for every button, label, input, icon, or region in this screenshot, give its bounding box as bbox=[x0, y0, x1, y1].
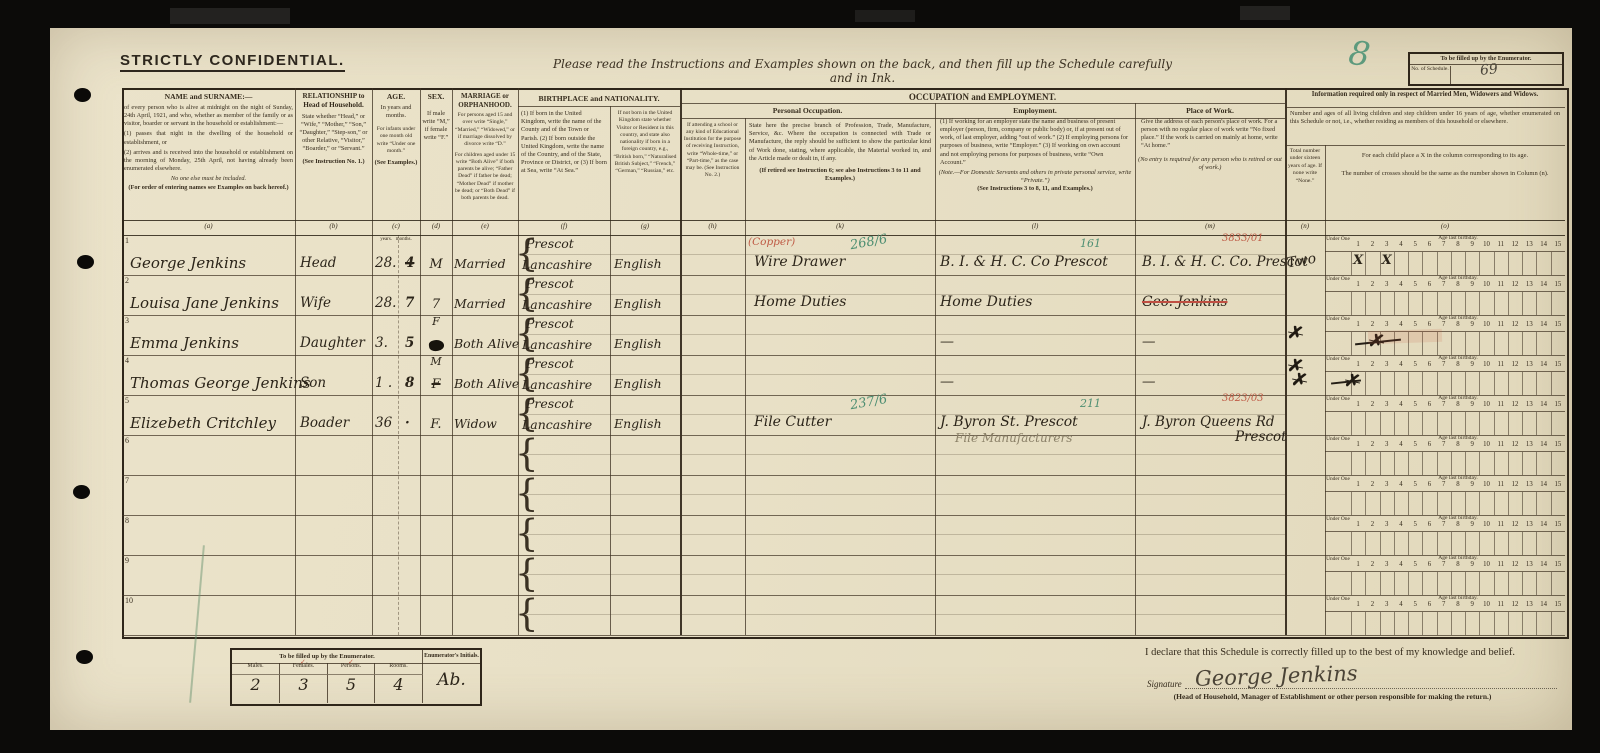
age-col-number: 13 bbox=[1522, 521, 1536, 528]
age-mark-cell bbox=[1351, 612, 1365, 635]
crossed-out-scribble: ✗ bbox=[1286, 322, 1305, 346]
age-col-number: 1 bbox=[1351, 401, 1365, 408]
age-mark-cell bbox=[1437, 612, 1451, 635]
age-col-number: 5 bbox=[1408, 521, 1422, 528]
age-mark-cell bbox=[1508, 372, 1522, 395]
row-number: 6 bbox=[125, 436, 129, 445]
col-letter-e: (e) bbox=[454, 222, 516, 230]
header-personal-occupation-body-text: State here the precise branch of Profess… bbox=[749, 122, 931, 163]
age-mark-cell bbox=[1380, 452, 1394, 475]
age-col-number: 12 bbox=[1508, 601, 1522, 608]
col-letter-n: (n) bbox=[1287, 222, 1323, 230]
relationship-entry: Daughter bbox=[300, 335, 365, 351]
age-col-number: 3 bbox=[1380, 321, 1394, 328]
age-mark-cell bbox=[1365, 372, 1379, 395]
age-col-number: 14 bbox=[1536, 601, 1550, 608]
age-grid-cell: Under One Age last birthday. 12345678910… bbox=[1325, 595, 1565, 635]
age-mark-cell bbox=[1508, 612, 1522, 635]
col-letter-c: (c) bbox=[374, 222, 418, 230]
crossed-out-scribble: ✗ bbox=[1290, 369, 1309, 393]
place-of-work-entry: B. I. & H. C. Co. Prescot bbox=[1142, 254, 1308, 270]
age-mark-cell bbox=[1465, 612, 1479, 635]
place-of-work-line2: Prescot bbox=[1235, 429, 1287, 445]
header-personal-occupation-title: Personal Occupation. bbox=[682, 106, 933, 118]
age-mark-cell bbox=[1522, 492, 1536, 515]
age-col-number: 11 bbox=[1494, 401, 1508, 408]
age-col-number: 2 bbox=[1365, 281, 1379, 288]
age-mark-cell bbox=[1494, 532, 1508, 555]
age-grid-under-one-label: Under One bbox=[1325, 356, 1351, 362]
age-col-number: 12 bbox=[1508, 521, 1522, 528]
age-col-number: 2 bbox=[1365, 321, 1379, 328]
sex-correction-entry: F bbox=[420, 315, 452, 328]
age-months-entry: 8 bbox=[405, 375, 414, 391]
table-row: 3 Emma Jenkins Daughter 3. 5 F Both Aliv… bbox=[122, 315, 1565, 356]
header-birthplace-title: BIRTHPLACE and NATIONALITY. bbox=[520, 94, 678, 106]
punch-hole bbox=[76, 650, 93, 664]
age-col-number: 5 bbox=[1408, 361, 1422, 368]
age-mark-cell bbox=[1365, 492, 1379, 515]
place-of-work-entry: — bbox=[1142, 374, 1156, 390]
total-children-cell: Two bbox=[1285, 235, 1325, 275]
birthplace-town-entry: Prescot bbox=[526, 276, 574, 291]
age-grid-numbers: 123456789101112131415 bbox=[1351, 481, 1565, 488]
total-children-cell bbox=[1285, 595, 1325, 635]
age-col-number: 6 bbox=[1422, 361, 1436, 368]
total-children-cell bbox=[1285, 395, 1325, 435]
place-red-annotation: 3823/03 bbox=[1222, 393, 1264, 404]
age-col-number: 4 bbox=[1394, 361, 1408, 368]
age-mark-cell bbox=[1551, 572, 1565, 595]
age-col-number: 5 bbox=[1408, 441, 1422, 448]
header-cross-instructions: For each child place a X in the column c… bbox=[1329, 152, 1561, 179]
age-mark-cell bbox=[1394, 252, 1408, 275]
age-mark-cell bbox=[1522, 572, 1536, 595]
age-col-number: 2 bbox=[1365, 361, 1379, 368]
col-letter-d: (d) bbox=[422, 222, 450, 230]
age-mark-cell bbox=[1508, 452, 1522, 475]
age-grid-cell: Under One Age last birthday. 12345678910… bbox=[1325, 435, 1565, 475]
age-col-number: 9 bbox=[1465, 361, 1479, 368]
age-col-number: 11 bbox=[1494, 241, 1508, 248]
age-mark-cell bbox=[1351, 492, 1365, 515]
col-letter-b: (b) bbox=[297, 222, 370, 230]
age-col-number: 4 bbox=[1394, 281, 1408, 288]
age-col-number: 4 bbox=[1394, 601, 1408, 608]
age-col-number: 3 bbox=[1380, 561, 1394, 568]
summary-males-value: 2 bbox=[232, 675, 280, 703]
age-mark-cell bbox=[1451, 612, 1465, 635]
name-entry: Louisa Jane Jenkins bbox=[130, 294, 279, 312]
age-mark-cell bbox=[1394, 492, 1408, 515]
age-col-number: 4 bbox=[1394, 321, 1408, 328]
relationship-entry: Son bbox=[300, 375, 326, 391]
employment-pencil-note: File Manufacturers bbox=[955, 431, 1072, 445]
age-mark-cell bbox=[1494, 372, 1508, 395]
age-col-number: 15 bbox=[1551, 241, 1565, 248]
header-birthplace-right: If not born in the United Kingdom state … bbox=[613, 110, 677, 175]
age-mark-cell bbox=[1479, 452, 1493, 475]
age-mark-cell bbox=[1551, 492, 1565, 515]
age-months-entry: 5 bbox=[405, 335, 414, 351]
birthplace-brace: { bbox=[515, 592, 539, 635]
sex-cell: 7 bbox=[420, 275, 452, 315]
age-mark-cell bbox=[1351, 452, 1365, 475]
age-mark-cell bbox=[1551, 532, 1565, 555]
age-mark-cell bbox=[1479, 332, 1493, 355]
age-col-number: 2 bbox=[1365, 401, 1379, 408]
age-col-number: 7 bbox=[1437, 441, 1451, 448]
age-mark-cell bbox=[1451, 252, 1465, 275]
age-col-number: 3 bbox=[1380, 441, 1394, 448]
age-col-number: 12 bbox=[1508, 361, 1522, 368]
employment-entry: J. Byron St. Prescot bbox=[940, 414, 1078, 430]
nationality-entry: English bbox=[614, 256, 662, 271]
age-mark-cell bbox=[1437, 532, 1451, 555]
age-col-number: 7 bbox=[1437, 241, 1451, 248]
age-col-number: 6 bbox=[1422, 281, 1436, 288]
header-age: AGE. In years and months. For infants un… bbox=[374, 92, 418, 167]
age-col-number: 12 bbox=[1508, 321, 1522, 328]
age-mark-cell bbox=[1465, 452, 1479, 475]
header-relationship-title: RELATIONSHIP to Head of Household. bbox=[297, 92, 370, 111]
total-children-entry: Two bbox=[1286, 251, 1318, 272]
age-mark-cell bbox=[1536, 532, 1550, 555]
age-col-number: 10 bbox=[1479, 561, 1493, 568]
punch-hole bbox=[77, 255, 94, 269]
age-col-number: 7 bbox=[1437, 561, 1451, 568]
employment-entry: — bbox=[940, 374, 954, 390]
age-mark-cell bbox=[1408, 252, 1422, 275]
age-mark-cell bbox=[1422, 412, 1436, 435]
age-mark-cell bbox=[1422, 532, 1436, 555]
age-col-number: 9 bbox=[1465, 401, 1479, 408]
age-col-number: 14 bbox=[1536, 321, 1550, 328]
age-mark-cell bbox=[1380, 372, 1394, 395]
age-mark-cell bbox=[1536, 252, 1550, 275]
birthplace-county-entry: Lancashire bbox=[522, 377, 592, 392]
table-row: 6 { Under One Age last birthday. 1234567… bbox=[122, 435, 1565, 476]
header-place-of-work: Place of Work. Give the address of each … bbox=[1137, 106, 1283, 172]
header-sex-title: SEX. bbox=[422, 92, 450, 102]
age-mark-cell bbox=[1422, 372, 1436, 395]
sex-entry: F. bbox=[420, 417, 452, 432]
age-col-number: 2 bbox=[1365, 241, 1379, 248]
age-months-entry: · bbox=[405, 415, 410, 431]
age-col-number: 7 bbox=[1437, 361, 1451, 368]
age-mark-cell bbox=[1536, 332, 1550, 355]
summary-persons-value: 5 bbox=[328, 675, 375, 703]
age-mark-cell bbox=[1536, 292, 1550, 315]
age-mark-cell bbox=[1494, 332, 1508, 355]
age-col-number: 8 bbox=[1451, 601, 1465, 608]
age-mark-cell bbox=[1522, 452, 1536, 475]
nationality-entry: English bbox=[614, 376, 662, 391]
age-col-number: 14 bbox=[1536, 521, 1550, 528]
age-mark-cell bbox=[1551, 372, 1565, 395]
age-mark-cell bbox=[1451, 412, 1465, 435]
age-years-entry: 28. bbox=[375, 255, 396, 271]
age-mark-cell bbox=[1551, 292, 1565, 315]
age-col-number: 1 bbox=[1351, 521, 1365, 528]
age-col-number: 1 bbox=[1351, 441, 1365, 448]
age-mark-cell bbox=[1465, 492, 1479, 515]
age-col-number: 4 bbox=[1394, 481, 1408, 488]
header-place-note: (No entry is required for any person who… bbox=[1137, 156, 1283, 172]
marriage-entry: Married bbox=[454, 296, 506, 311]
birthplace-brace: { bbox=[515, 432, 539, 475]
age-mark-cell bbox=[1536, 572, 1550, 595]
age-mark-cell bbox=[1465, 412, 1479, 435]
row-number: 2 bbox=[125, 276, 129, 285]
red-tick: ✓ bbox=[348, 658, 354, 666]
age-col-number: 13 bbox=[1522, 441, 1536, 448]
age-col-number: 15 bbox=[1551, 561, 1565, 568]
age-col-number: 12 bbox=[1508, 401, 1522, 408]
age-col-number: 11 bbox=[1494, 601, 1508, 608]
age-mark-cell bbox=[1465, 532, 1479, 555]
age-col-number: 8 bbox=[1451, 481, 1465, 488]
signature-line bbox=[1185, 676, 1557, 689]
punch-hole bbox=[73, 485, 90, 499]
age-col-number: 15 bbox=[1551, 361, 1565, 368]
age-mark-cell bbox=[1465, 292, 1479, 315]
age-mark-cell bbox=[1479, 572, 1493, 595]
age-grid-cells bbox=[1325, 571, 1565, 595]
age-mark-cell bbox=[1536, 372, 1550, 395]
age-years-entry: 28. bbox=[375, 295, 396, 311]
occupation-red-annotation: (Copper) bbox=[748, 236, 795, 248]
punch-hole bbox=[74, 88, 91, 102]
row-number: 9 bbox=[125, 556, 129, 565]
age-col-number: 4 bbox=[1394, 561, 1408, 568]
row-guide-line bbox=[518, 494, 1285, 495]
age-mark-cell bbox=[1479, 532, 1493, 555]
declaration-note: (Head of Household, Manager of Establish… bbox=[1100, 692, 1565, 701]
age-mark-cell bbox=[1451, 532, 1465, 555]
col-letter-k: (k) bbox=[747, 222, 933, 230]
age-col-number: 8 bbox=[1451, 441, 1465, 448]
age-col-number: 15 bbox=[1551, 281, 1565, 288]
header-marriage-title: MARRIAGE or ORPHANHOOD. bbox=[454, 92, 516, 110]
age-col-number: 10 bbox=[1479, 401, 1493, 408]
age-col-number: 11 bbox=[1494, 321, 1508, 328]
header-age-body2: For infants under one month old write “U… bbox=[374, 126, 418, 155]
summary-col-rooms: Rooms. bbox=[375, 663, 423, 675]
age-col-number: 1 bbox=[1351, 481, 1365, 488]
age-mark-cell bbox=[1365, 452, 1379, 475]
age-mark-cell bbox=[1365, 252, 1379, 275]
age-mark-cell bbox=[1508, 332, 1522, 355]
age-mark-cell bbox=[1551, 332, 1565, 355]
age-mark-cell bbox=[1522, 332, 1536, 355]
age-col-number: 2 bbox=[1365, 561, 1379, 568]
total-children-cell bbox=[1285, 515, 1325, 555]
age-mark-cell bbox=[1494, 452, 1508, 475]
age-mark-cell bbox=[1394, 452, 1408, 475]
header-name-p2: (1) passes that night in the dwelling of… bbox=[124, 130, 293, 146]
total-children-cell bbox=[1285, 435, 1325, 475]
child-age-cross: X bbox=[1353, 253, 1363, 268]
col-letter-f: (f) bbox=[520, 222, 608, 230]
age-mark-cell bbox=[1437, 412, 1451, 435]
age-grid-under-one-label: Under One bbox=[1325, 516, 1351, 522]
age-col-number: 9 bbox=[1465, 521, 1479, 528]
age-col-number: 10 bbox=[1479, 521, 1493, 528]
age-col-number: 10 bbox=[1479, 321, 1493, 328]
age-col-number: 13 bbox=[1522, 401, 1536, 408]
age-mark-cell bbox=[1522, 372, 1536, 395]
age-grid-numbers: 123456789101112131415 bbox=[1351, 521, 1565, 528]
row-number: 4 bbox=[125, 356, 129, 365]
age-mark-cell bbox=[1465, 332, 1479, 355]
age-mark-cell bbox=[1422, 612, 1436, 635]
sex-entry: 7 bbox=[420, 297, 452, 312]
age-col-number: 1 bbox=[1351, 601, 1365, 608]
relationship-entry: Wife bbox=[300, 295, 331, 311]
age-col-number: 7 bbox=[1437, 481, 1451, 488]
total-children-cell: ✗ bbox=[1285, 315, 1325, 355]
header-married-info-note: Number and ages of all living children a… bbox=[1290, 110, 1560, 126]
age-col-number: 13 bbox=[1522, 601, 1536, 608]
age-col-number: 6 bbox=[1422, 601, 1436, 608]
age-grid-cell: Under One Age last birthday. 12345678910… bbox=[1325, 395, 1565, 435]
employment-green-annotation: 161 bbox=[1080, 237, 1101, 250]
age-col-number: 14 bbox=[1536, 281, 1550, 288]
age-col-number: 5 bbox=[1408, 281, 1422, 288]
age-grid-cell: Under One Age last birthday. 12345678910… bbox=[1325, 275, 1565, 315]
header-employment-title: Employment. bbox=[937, 106, 1133, 116]
age-col-number: 5 bbox=[1408, 561, 1422, 568]
age-mark-cell bbox=[1408, 492, 1422, 515]
age-col-number: 2 bbox=[1365, 521, 1379, 528]
col-letter-m: (m) bbox=[1137, 222, 1283, 230]
age-mark-cell bbox=[1325, 412, 1351, 435]
age-mark-cell bbox=[1494, 412, 1508, 435]
table-row: 5 Elizebeth Critchley Boader 36 · F. Wid… bbox=[122, 395, 1565, 436]
nationality-entry: English bbox=[614, 416, 662, 431]
age-col-number: 14 bbox=[1536, 361, 1550, 368]
age-mark-cell bbox=[1551, 412, 1565, 435]
age-mark-cell bbox=[1408, 612, 1422, 635]
total-children-cell bbox=[1285, 275, 1325, 315]
header-employment: Employment. (1) If working for an employ… bbox=[937, 106, 1133, 193]
marriage-entry: Both Alive bbox=[454, 336, 519, 351]
header-cross-instr-1: For each child place a X in the column c… bbox=[1329, 152, 1561, 160]
age-grid-numbers: 123456789101112131415 bbox=[1351, 441, 1565, 448]
table-row: 2 Louisa Jane Jenkins Wife 28. 7 7 Marri… bbox=[122, 275, 1565, 316]
age-col-number: 9 bbox=[1465, 561, 1479, 568]
employment-entry: B. I. & H. C. Co Prescot bbox=[940, 254, 1108, 270]
age-grid-cell: Under One Age last birthday. 12345678910… bbox=[1325, 475, 1565, 515]
age-mark-cell bbox=[1451, 492, 1465, 515]
relationship-entry: Head bbox=[300, 255, 336, 271]
age-grid-under-one-label: Under One bbox=[1325, 396, 1351, 402]
age-mark-cell bbox=[1394, 612, 1408, 635]
col-letter-o: (o) bbox=[1327, 222, 1563, 230]
faded-red-stamp bbox=[1368, 329, 1442, 345]
row-guide-line bbox=[518, 614, 1285, 615]
age-col-number: 9 bbox=[1465, 281, 1479, 288]
header-employment-note2: (See Instructions 3 to 8, 11, and Exampl… bbox=[937, 185, 1133, 193]
age-years-entry: 3. bbox=[375, 335, 388, 351]
employment-green-annotation: 211 bbox=[1080, 397, 1101, 410]
row-number: 10 bbox=[125, 596, 133, 605]
header-marriage-body2: For children aged under 15 write “Both A… bbox=[454, 152, 516, 203]
row-guide-line bbox=[518, 334, 1285, 335]
age-mark-cell bbox=[1437, 572, 1451, 595]
age-grid-cells bbox=[1325, 411, 1565, 435]
age-grid-cell: Under One Age last birthday. 12345678910… bbox=[1325, 355, 1565, 395]
age-col-number: 9 bbox=[1465, 321, 1479, 328]
age-mark-cell bbox=[1479, 612, 1493, 635]
age-col-number: 10 bbox=[1479, 281, 1493, 288]
age-grid-under-one-label: Under One bbox=[1325, 556, 1351, 562]
age-mark-cell bbox=[1494, 252, 1508, 275]
birthplace-town-entry: Prescot bbox=[526, 316, 574, 331]
row-number: 1 bbox=[125, 236, 129, 245]
age-col-number: 5 bbox=[1408, 481, 1422, 488]
age-col-number: 2 bbox=[1365, 441, 1379, 448]
header-age-title: AGE. bbox=[374, 92, 418, 102]
age-mark-cell bbox=[1551, 252, 1565, 275]
summary-females-value: 3 bbox=[280, 675, 328, 703]
age-col-number: 13 bbox=[1522, 361, 1536, 368]
age-mark-cell bbox=[1437, 372, 1451, 395]
age-grid-under-one-label: Under One bbox=[1325, 276, 1351, 282]
sex-cell: F. bbox=[420, 395, 452, 435]
header-marriage-body: For persons aged 15 and over write “Sing… bbox=[454, 112, 516, 148]
age-grid-under-one-label: Under One bbox=[1325, 476, 1351, 482]
age-col-number: 3 bbox=[1380, 601, 1394, 608]
row-guide-line bbox=[518, 374, 1285, 375]
age-col-number: 1 bbox=[1351, 361, 1365, 368]
age-col-number: 6 bbox=[1422, 441, 1436, 448]
ink-blot bbox=[428, 339, 444, 352]
age-mark-cell bbox=[1479, 252, 1493, 275]
age-col-number: 3 bbox=[1380, 361, 1394, 368]
age-col-number: 8 bbox=[1451, 281, 1465, 288]
sex-cell: M bbox=[420, 235, 452, 275]
age-col-number: 5 bbox=[1408, 321, 1422, 328]
age-mark-cell bbox=[1522, 532, 1536, 555]
scan-artifact bbox=[1240, 6, 1290, 20]
header-sex: SEX. If male write “M,” if female write … bbox=[422, 92, 450, 143]
age-col-number: 8 bbox=[1451, 521, 1465, 528]
age-mark-cell bbox=[1508, 292, 1522, 315]
table-row: 10 { Under One Age last birthday. 123456… bbox=[122, 595, 1565, 636]
age-mark-cell bbox=[1422, 572, 1436, 595]
age-col-number: 7 bbox=[1437, 321, 1451, 328]
age-col-number: 3 bbox=[1380, 521, 1394, 528]
marriage-entry: Widow bbox=[454, 416, 497, 431]
age-col-number: 1 bbox=[1351, 321, 1365, 328]
age-grid-cells bbox=[1325, 451, 1565, 475]
age-grid-cells bbox=[1325, 491, 1565, 515]
header-age-body: In years and months. bbox=[374, 104, 418, 120]
birthplace-brace: { bbox=[515, 472, 539, 515]
age-mark-cell bbox=[1494, 492, 1508, 515]
birthplace-town-entry: Prescot bbox=[526, 356, 574, 371]
age-mark-cell bbox=[1508, 252, 1522, 275]
birthplace-brace: { bbox=[515, 552, 539, 595]
col-letter-h: (h) bbox=[682, 222, 743, 230]
age-mark-cell bbox=[1325, 452, 1351, 475]
marriage-entry: Both Alive bbox=[454, 376, 519, 391]
age-grid-under-one-label: Under One bbox=[1325, 596, 1351, 602]
age-mark-cell bbox=[1551, 612, 1565, 635]
age-col-number: 1 bbox=[1351, 561, 1365, 568]
